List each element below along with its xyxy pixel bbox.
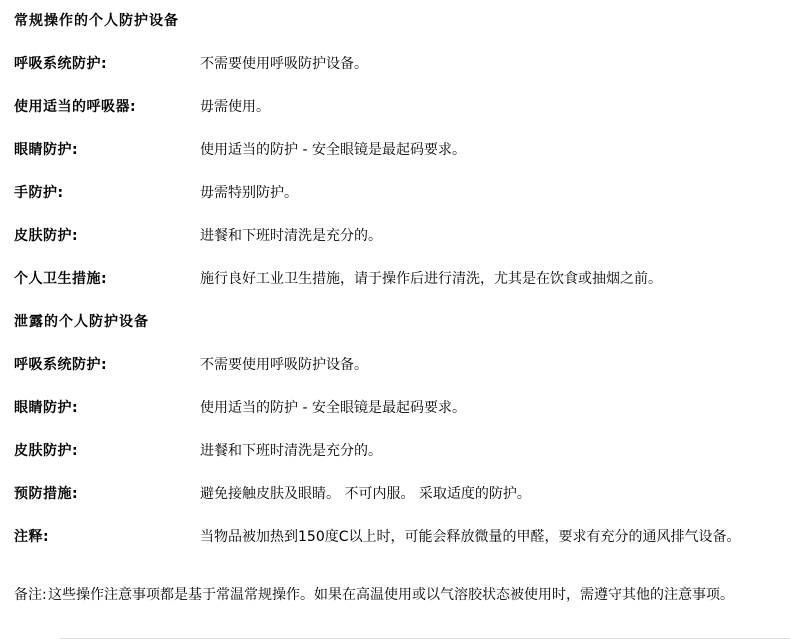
footnote-text: 这些操作注意事项都是基于常温常规操作。如果在高温使用或以气溶胶状态被使用时，需遵… [48,580,734,610]
field-label: 使用适当的呼吸器: [14,92,200,122]
field-value: 进餐和下班时清洗是充分的。 [200,221,770,251]
field-label: 注释: [14,522,200,552]
row-personal-hygiene: 个人卫生措施: 施行良好工业卫生措施，请于操作后进行清洗，尤其是在饮食或抽烟之前… [14,264,776,294]
footnote-remark: 备注: 这些操作注意事项都是基于常温常规操作。如果在高温使用或以气溶胶状态被使用… [14,580,776,610]
row-hand-protection: 手防护: 毋需特别防护。 [14,178,776,208]
row-skin-protection: 皮肤防护: 进餐和下班时清洗是充分的。 [14,221,776,251]
row-precautions: 预防措施: 避免接触皮肤及眼睛。 不可内服。 采取适度的防护。 [14,479,776,509]
field-label: 呼吸系统防护: [14,350,200,380]
field-value: 不需要使用呼吸防护设备。 [200,49,770,79]
field-label: 手防护: [14,178,200,208]
row-comments: 注释: 当物品被加热到150度C以上时，可能会释放微量的甲醛，要求有充分的通风排… [14,522,776,552]
field-value: 毋需特别防护。 [200,178,770,208]
section-heading-spill-ppe: 泄露的个人防护设备 [14,307,776,337]
row-respiratory-protection: 呼吸系统防护: 不需要使用呼吸防护设备。 [14,49,776,79]
row-respirator-use: 使用适当的呼吸器: 毋需使用。 [14,92,776,122]
field-value: 不需要使用呼吸防护设备。 [200,350,770,380]
field-value: 毋需使用。 [200,92,770,122]
field-value: 使用适当的防护 - 安全眼镜是最起码要求。 [200,393,770,423]
field-label: 个人卫生措施: [14,264,200,294]
field-value: 进餐和下班时清洗是充分的。 [200,436,770,466]
field-label: 预防措施: [14,479,200,509]
field-label: 眼睛防护: [14,393,200,423]
section-heading-routine-ppe: 常规操作的个人防护设备 [14,6,776,36]
ppe-document: 常规操作的个人防护设备 呼吸系统防护: 不需要使用呼吸防护设备。 使用适当的呼吸… [0,0,790,641]
field-value: 当物品被加热到150度C以上时，可能会释放微量的甲醛，要求有充分的通风排气设备。 [200,522,770,552]
field-label: 呼吸系统防护: [14,49,200,79]
row-respiratory-protection-spill: 呼吸系统防护: 不需要使用呼吸防护设备。 [14,350,776,380]
field-label: 眼睛防护: [14,135,200,165]
row-eye-protection: 眼睛防护: 使用适当的防护 - 安全眼镜是最起码要求。 [14,135,776,165]
field-label: 皮肤防护: [14,221,200,251]
field-label: 皮肤防护: [14,436,200,466]
field-value: 避免接触皮肤及眼睛。 不可内服。 采取适度的防护。 [200,479,770,509]
bottom-divider [60,638,790,639]
field-value: 施行良好工业卫生措施，请于操作后进行清洗，尤其是在饮食或抽烟之前。 [200,264,770,294]
field-value: 使用适当的防护 - 安全眼镜是最起码要求。 [200,135,770,165]
footnote-label: 备注: [14,580,48,610]
row-skin-protection-spill: 皮肤防护: 进餐和下班时清洗是充分的。 [14,436,776,466]
row-eye-protection-spill: 眼睛防护: 使用适当的防护 - 安全眼镜是最起码要求。 [14,393,776,423]
